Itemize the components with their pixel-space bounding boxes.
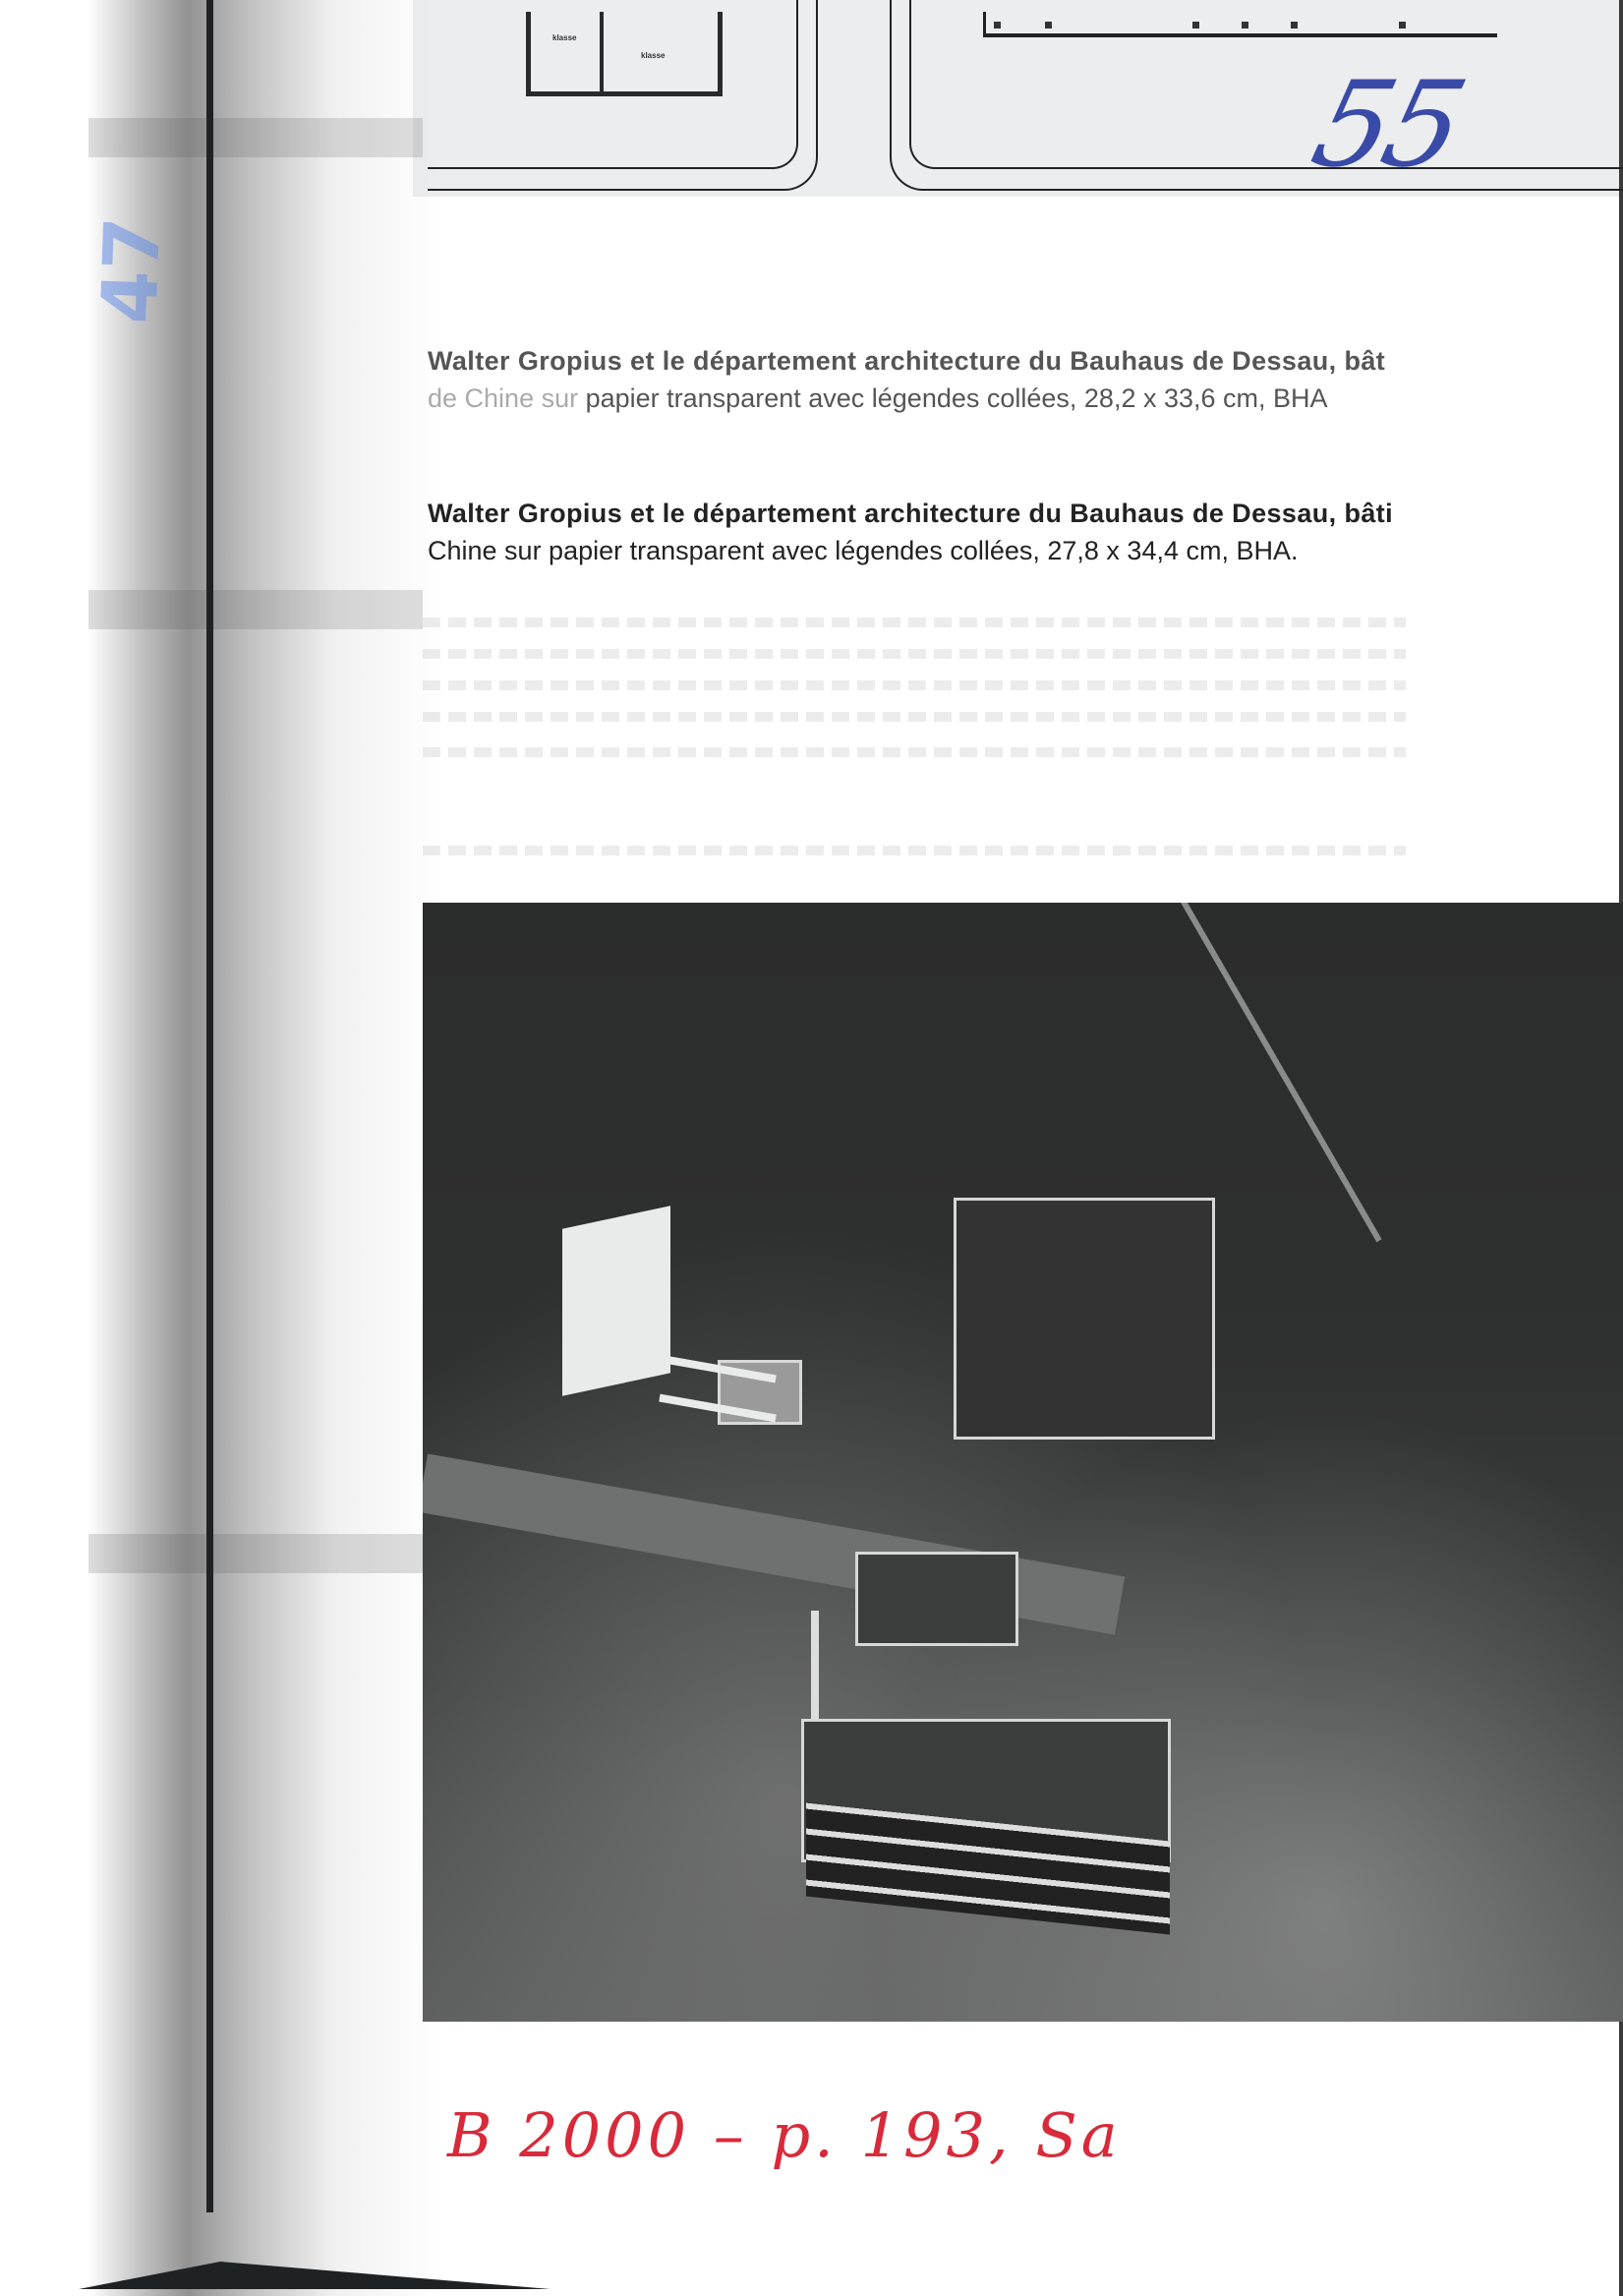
scan-band [88, 1534, 423, 1573]
photo-road [423, 1453, 1125, 1634]
plan-column [1399, 22, 1406, 29]
road-outline [428, 0, 818, 191]
caption-2-title: Walter Gropius et le département archite… [428, 499, 1393, 528]
caption-1-text: papier transparent avec légendes collées… [586, 383, 1328, 413]
bleed-through-text [423, 618, 1406, 627]
binding-crease [206, 0, 213, 2212]
caption-1-title: Walter Gropius et le département archite… [428, 346, 1385, 376]
photo-path [1170, 903, 1381, 1242]
plan-column [1192, 22, 1199, 29]
plan-column [994, 22, 1001, 29]
handwritten-margin-number: 47 [86, 215, 178, 325]
scan-band [88, 590, 423, 629]
caption-2: Walter Gropius et le département archite… [428, 495, 1393, 569]
caption-1-faint: de Chine sur [428, 383, 586, 413]
handwritten-reference: B 2000 – p. 193, Sa [447, 2099, 1122, 2171]
caption-1: Walter Gropius et le département archite… [428, 342, 1385, 417]
caption-2-text: Chine sur papier transparent avec légend… [428, 536, 1299, 565]
bleed-through-text [423, 649, 1406, 659]
plan-column [1291, 22, 1298, 29]
aerial-photo-bauhaus-dessau [423, 903, 1623, 2022]
rear-building-roof [954, 1198, 1215, 1440]
bleed-through-text [423, 747, 1406, 757]
bleed-through-text [423, 712, 1406, 722]
annex-roof [855, 1552, 1018, 1646]
floor-plan-strip [983, 12, 1497, 37]
scan-band [88, 118, 423, 157]
bleed-through-text [423, 680, 1406, 690]
workshop-tower [562, 1206, 670, 1395]
plan-column [1045, 22, 1052, 29]
binding-shadow [88, 0, 442, 2296]
plan-column [1242, 22, 1248, 29]
bleed-through-text [423, 846, 1406, 855]
